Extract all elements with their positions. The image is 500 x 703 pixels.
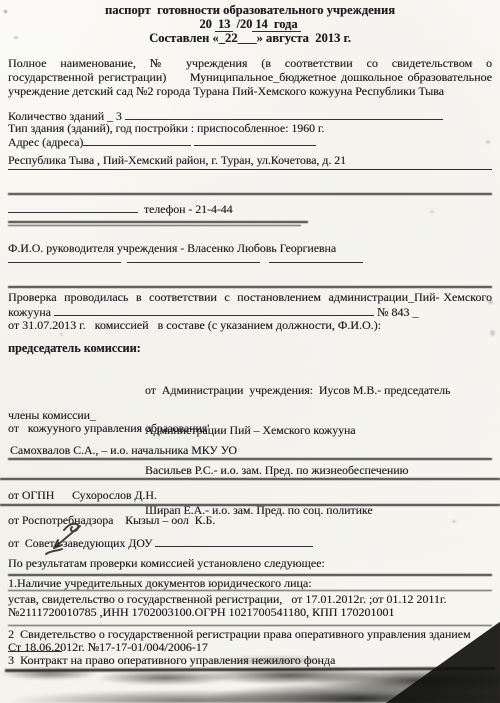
scan-noise-speck [4,10,7,13]
item1-title: 1.Наличие учредительных документов юриди… [8,577,311,590]
from-ogpn-label: от ОГПН [8,488,54,502]
document-scan-layer: паспорт готовности образовательного учре… [0,0,500,703]
document-title: паспорт готовности образовательного учре… [0,4,500,17]
member-education-line: Самохвалов С.А., – и.о. начальника МКУ У… [10,444,237,457]
chairman-block-line: от Администрации учреждения: Иусов М.В.-… [145,384,495,397]
scan-noise-speck [430,210,434,213]
results-intro: По результатам проверки комиссией устано… [8,557,325,570]
inspection-line-2: кожууна № 843 _ [8,305,418,319]
horizontal-rule [8,286,492,288]
scan-noise-speck [60,333,63,336]
scan-noise-speck [486,140,490,144]
kozhuun-blank [54,305,374,316]
inspection-line-3: от 31.07.2013 г. комиссией в составе (с … [8,319,381,332]
chairman-block-line: Васильев Р.С.- и.о. зам. Пред. по жизнео… [145,464,495,477]
scan-noise-speck [470,62,473,65]
document-years-line: 20 13 /2014 года [0,18,500,31]
horizontal-rule [0,504,500,506]
phone-value: телефон - 21-4-44 [144,202,233,216]
fio-blank-2 [127,252,260,263]
address-label: Адрес (адреса) [8,135,83,149]
scan-noise-speck [452,520,456,523]
phone-blank [8,202,138,213]
resolution-number: № 843 [377,305,409,319]
buildings-count-blank [125,109,443,120]
horizontal-rule [8,193,492,195]
item1-line-2: №2111720010785 ,ИНН 1702003100.ОГРН 1021… [8,606,394,619]
from-ogpn-line: от ОГПН Сухорослов Д.Н. [8,489,157,502]
year-prefix: 20 [199,17,211,31]
inspection-line-1: Проверка проводилась в соответствии с по… [8,291,492,304]
horizontal-rule [8,225,301,226]
full-name-paragraph: Полное наименование, № учреждения (в соо… [8,56,492,99]
scan-noise-speck [490,330,495,336]
composed-date-line: Составлен «_22___» августа 2013 г. [0,32,500,45]
year-from-blank: 13 [215,17,233,32]
scan-noise-speck [14,36,18,39]
member-rospotreb: Кызыл – оол К.Б. [125,513,215,527]
building-type-line: Тип здания (зданий), год постройки : при… [8,122,324,135]
chairman-heading: председатель комиссии: [8,342,141,355]
horizontal-rule [8,458,492,460]
fio-blank-1 [8,252,121,263]
horizontal-rule [0,478,500,480]
member-ogpn: Сухорослов Д.Н. [72,488,157,502]
council-blank [155,536,313,547]
address-value-line: Республика Тыва , Пий-Хемский район, г. … [8,154,492,170]
kozhuun-label: кожууна [8,305,51,319]
scan-noise-speck [488,300,493,304]
scanned-document-page: паспорт готовности образовательного учре… [0,0,500,703]
address-blank-2 [194,135,316,146]
head-fio-blanks [8,252,363,266]
from-education-line: от кожууного управления образования' [8,422,209,435]
phone-line: телефон - 21-4-44 [8,202,233,216]
address-blank-1 [83,135,191,146]
year-to-blank: 14 года [252,17,300,32]
item2-title: 2 Свидетельство о государственной регист… [8,627,474,641]
address-label-line: Адрес (адреса) [8,135,316,149]
year-mid: /20 [236,17,252,31]
fio-blank-3 [269,252,363,263]
resolution-number-tail: _ [412,305,418,319]
horizontal-rule [8,221,308,223]
